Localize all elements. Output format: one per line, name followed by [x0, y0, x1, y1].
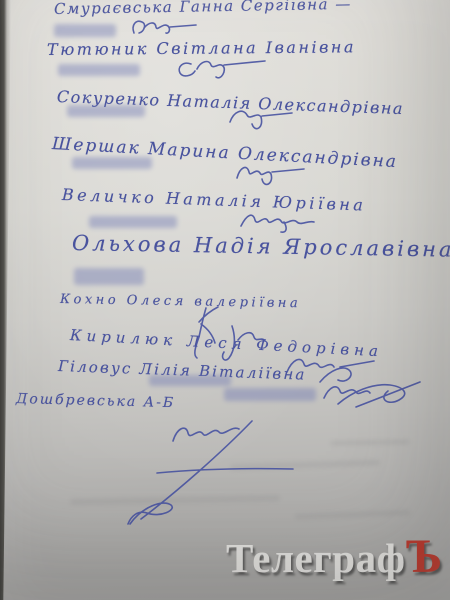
telegraf-watermark: ТелеграфЪ	[226, 538, 443, 579]
signature-squiggle-7	[223, 326, 265, 360]
signature-squiggle-2	[179, 61, 265, 78]
signature-squiggle-6	[195, 307, 218, 358]
watermark-main-text: Телеграф	[226, 535, 405, 581]
signatures-overlay	[0, 0, 450, 600]
signature-squiggle-main	[128, 421, 293, 524]
watermark-accent-letter: Ъ	[405, 530, 442, 583]
signature-squiggle-4	[237, 167, 304, 184]
signature-squiggle-3	[230, 111, 292, 128]
signature-squiggle-1	[133, 21, 196, 33]
signature-squiggle-8	[287, 359, 374, 382]
signature-squiggle-5	[241, 215, 314, 232]
signature-squiggle-9	[324, 382, 420, 407]
photographed-handwritten-page: Смураєвська Ганна Сергіївна — Тютюник Св…	[0, 0, 450, 600]
